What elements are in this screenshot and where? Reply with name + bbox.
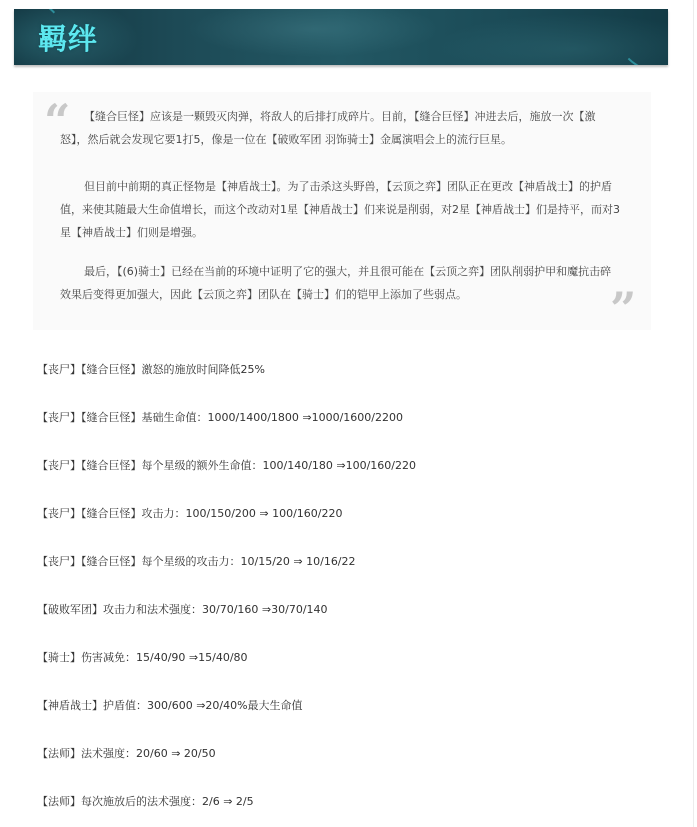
quote-paragraph: 最后，【(6)骑士】已经在当前的环境中证明了它的强大，并且很可能在【云顶之弈】团… xyxy=(60,260,620,306)
quote-paragraph: 【缝合巨怪】应该是一颗毁灭肉弹，将敌人的后排打成碎片。目前，【缝合巨怪】冲进去后… xyxy=(60,105,620,151)
section-banner: 羁绊 xyxy=(14,9,668,65)
change-item: 【骑士】伤害减免：15/40/90 ⇒15/40/80 xyxy=(37,649,248,665)
change-item: 【丧尸】【缝合巨怪】每个星级的额外生命值：100/140/180 ⇒100/16… xyxy=(37,457,416,473)
change-item: 【丧尸】【缝合巨怪】每个星级的攻击力：10/15/20 ⇒ 10/16/22 xyxy=(37,553,356,569)
change-item: 【神盾战士】护盾值：300/600 ⇒20/40%最大生命值 xyxy=(37,697,303,713)
change-item: 【丧尸】【缝合巨怪】攻击力：100/150/200 ⇒ 100/160/220 xyxy=(37,505,343,521)
change-item: 【破败军团】攻击力和法术强度：30/70/160 ⇒30/70/140 xyxy=(37,601,328,617)
close-quote-icon: ” xyxy=(610,286,636,332)
section-title: 羁绊 xyxy=(38,17,98,58)
change-item: 【法师】每次施放后的法术强度：2/6 ⇒ 2/5 xyxy=(37,793,254,809)
quote-paragraph: 但目前中前期的真正怪物是【神盾战士】。为了击杀这头野兽，【云顶之弈】团队正在更改… xyxy=(60,175,620,244)
page-right-border xyxy=(693,0,694,827)
change-item: 【丧尸】【缝合巨怪】激怒的施放时间降低25% xyxy=(37,361,265,377)
change-item: 【丧尸】【缝合巨怪】基础生命值：1000/1400/1800 ⇒1000/160… xyxy=(37,409,403,425)
change-item: 【法师】法术强度：20/60 ⇒ 20/50 xyxy=(37,745,216,761)
decorative-arc xyxy=(614,9,668,65)
